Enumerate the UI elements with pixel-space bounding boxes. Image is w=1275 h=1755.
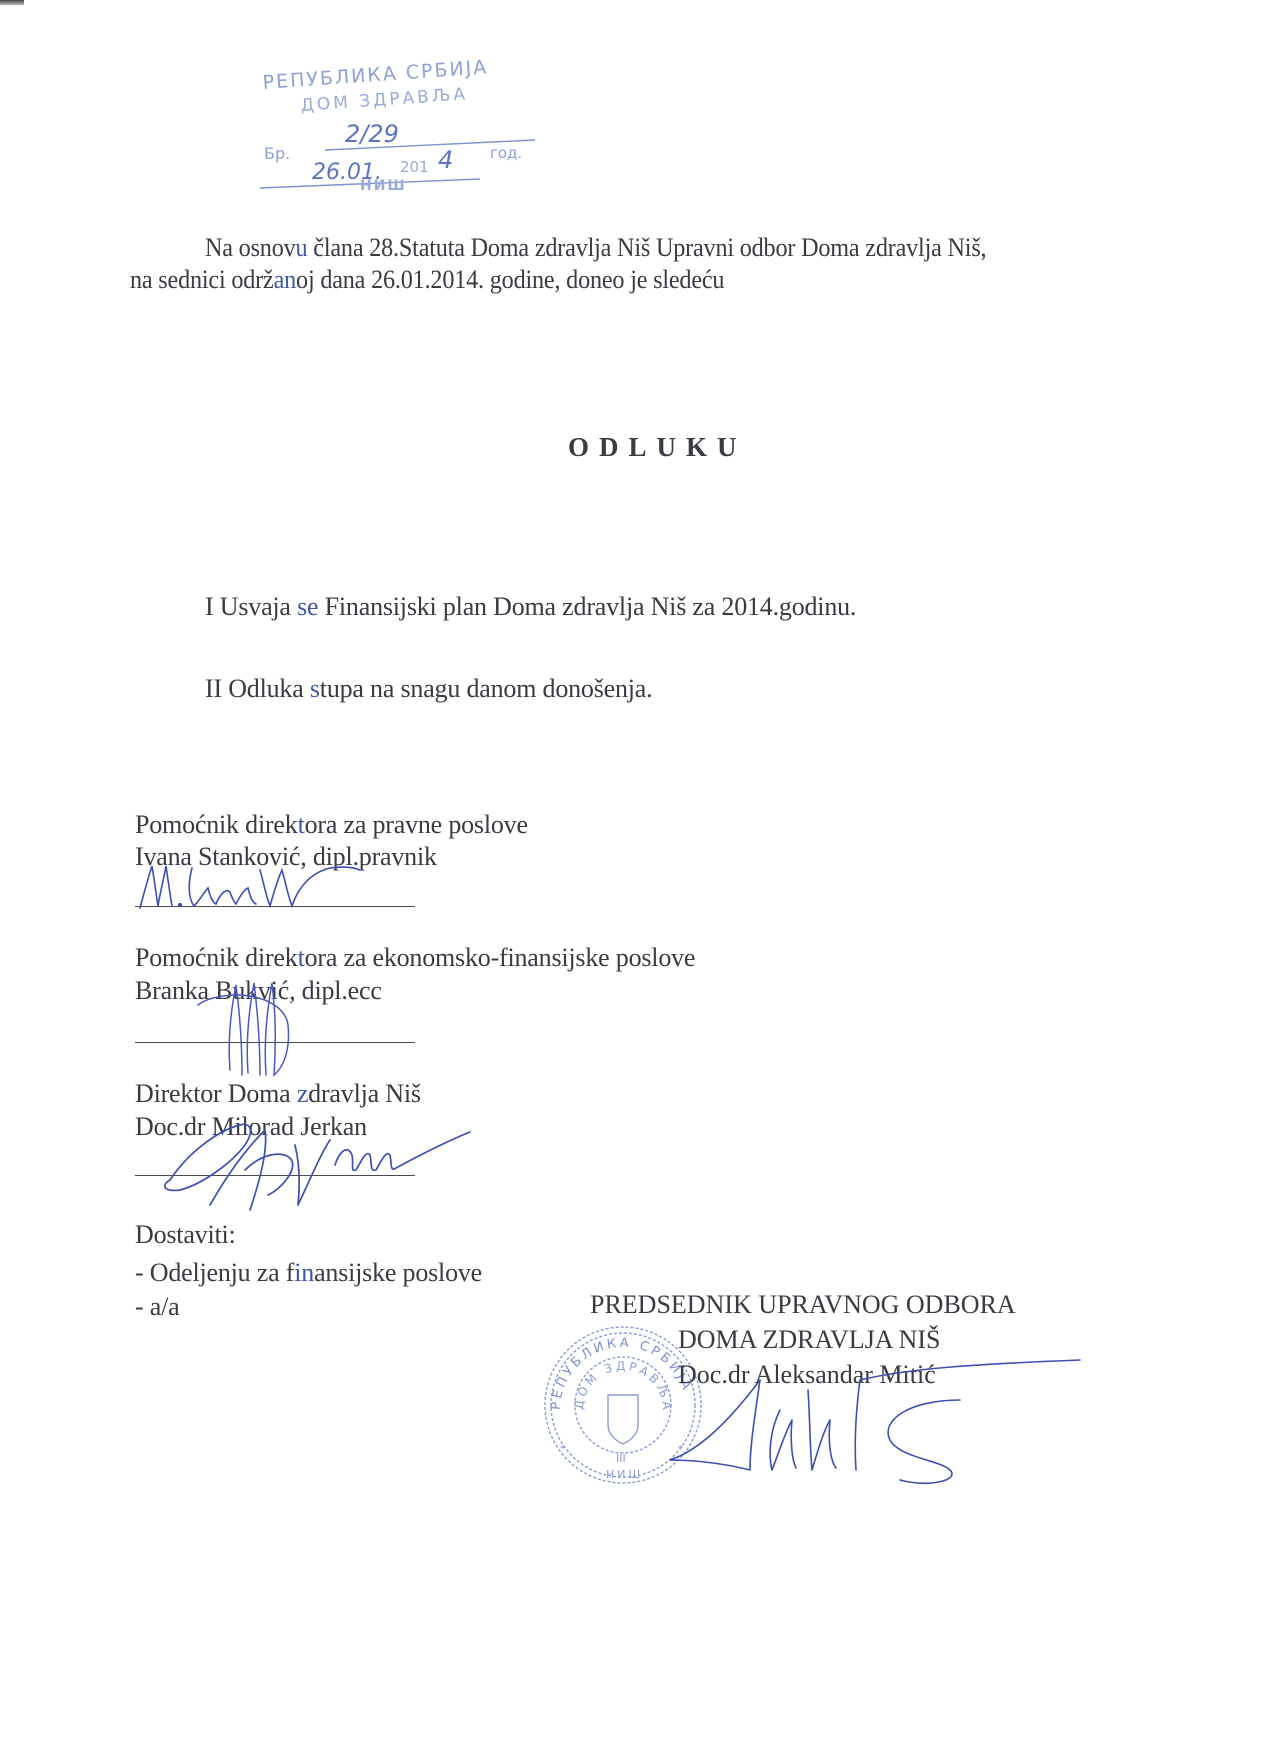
signatory-2-role: Pomoćnik direktora za ekonomsko-finansij… (135, 943, 695, 973)
stamp-number-value: 2/29 (345, 120, 399, 148)
president-title-line-2: DOMA ZDRAVLJA NIŠ (678, 1325, 940, 1355)
stamp-year-prefix: 201 (400, 158, 429, 176)
delivery-item-2: - a/a (135, 1292, 179, 1322)
svg-text:*: * (560, 1444, 565, 1455)
preamble-line-2: na sednici održanoj dana 26.01.2014. god… (130, 265, 724, 295)
signatory-1-role: Pomoćnik direktora za pravne poslove (135, 810, 528, 840)
stamp-year-suffix: 4 (438, 146, 453, 174)
signature-1 (130, 848, 360, 918)
signature-2 (190, 975, 350, 1085)
delivery-item-1: - Odeljenju za finansijske poslove (135, 1258, 482, 1288)
stamp-year-label: год. (490, 144, 522, 162)
svg-text:ДОМ ЗДРАВЉА: ДОМ ЗДРАВЉА (572, 1359, 675, 1413)
decision-item-1: I Usvaja se Finansijski plan Doma zdravl… (205, 592, 856, 622)
document-title: ODLUKU (568, 432, 747, 463)
round-stamp-city: НИШ (606, 1468, 643, 1481)
stamp-number-label: Бр. (264, 144, 290, 163)
decision-item-2: II Odluka stupa na snagu danom donošenja… (205, 674, 652, 704)
signatory-3-role: Direktor Doma zdravlja Niš (135, 1079, 421, 1109)
preamble-line-1: Na osnovu člana 28.Statuta Doma zdravlja… (205, 233, 986, 263)
registry-stamp: РЕПУБЛИКА СРБИЈА ДОМ ЗДРАВЉА Бр. 2/29 26… (250, 60, 550, 200)
scan-edge-mark (0, 0, 24, 5)
delivery-heading: Dostaviti: (135, 1220, 236, 1250)
signature-president (660, 1360, 1080, 1490)
signature-3 (150, 1110, 480, 1220)
round-stamp-inner-text: ДОМ ЗДРАВЉА (572, 1359, 675, 1413)
president-title-line-1: PREDSEDNIK UPRAVNOG ODBORA (590, 1290, 1016, 1320)
round-stamp-roman: III (616, 1452, 626, 1465)
stamp-city: НИШ (360, 178, 407, 194)
